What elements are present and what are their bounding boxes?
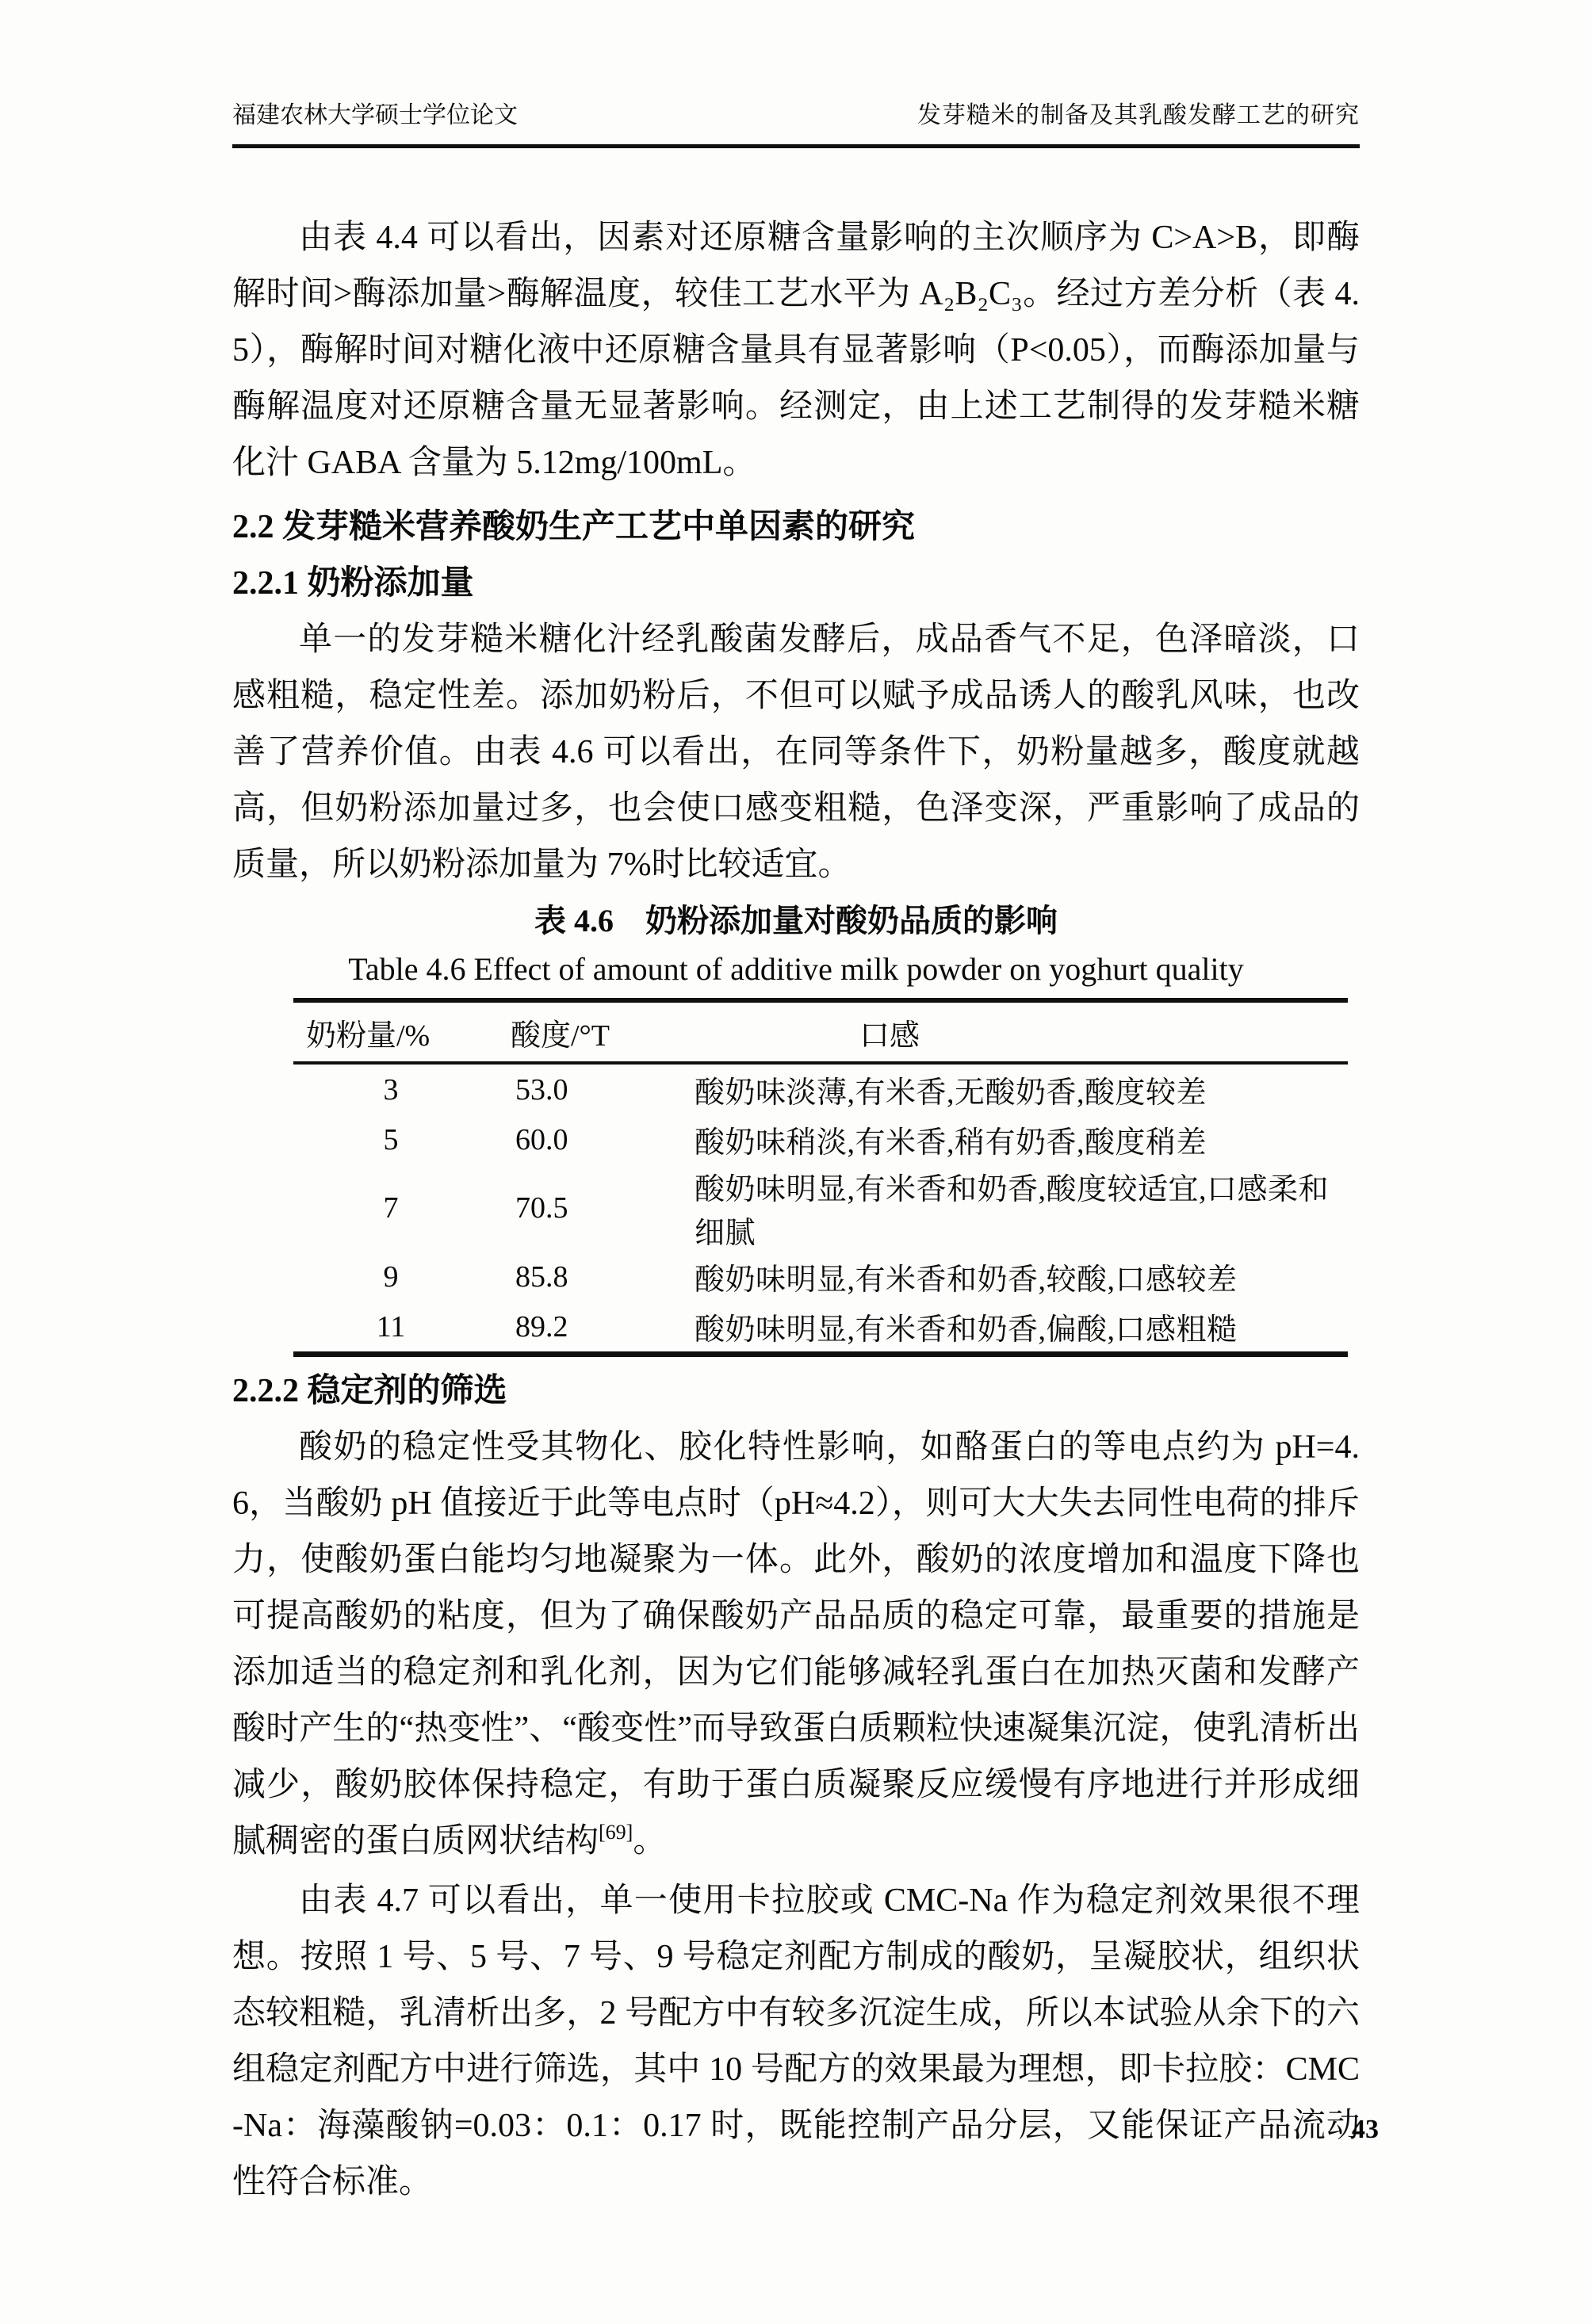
thesis-page: 福建农林大学硕士学位论文 发芽糙米的制备及其乳酸发酵工艺的研究 由表 4.4 可… [0,0,1592,2324]
section-heading-2-2-1: 2.2.1 奶粉添加量 [232,556,1360,612]
citation-ref-69: [69] [599,1821,633,1844]
section-heading-2-2-2: 2.2.2 稳定剂的筛选 [232,1363,1360,1420]
table-header: 奶粉量/% 酸度/°T 口感 [293,1000,1348,1063]
table-caption-en: Table 4.6 Effect of amount of additive m… [232,946,1360,993]
cell-acidity: 70.5 [488,1164,685,1252]
table-row: 5 60.0 酸奶味稍淡,有米香,稍有奶香,酸度稍差 [293,1114,1348,1164]
cell-acidity: 60.0 [488,1114,685,1164]
section-heading-2-2: 2.2 发芽糙米营养酸奶生产工艺中单因素的研究 [232,499,1360,556]
cell-taste: 酸奶味明显,有米香和奶香,偏酸,口感粗糙 [685,1302,1348,1355]
table-col-header-milk-powder: 奶粉量/% [293,1000,488,1063]
paragraph-stabilizer-screening: 由表 4.7 可以看出，单一使用卡拉胶或 CMC-Na 作为稳定剂效果很不理想。… [232,1873,1360,2211]
cell-taste: 酸奶味明显,有米香和奶香,较酸,口感较差 [685,1252,1348,1302]
paragraph-anova-results: 由表 4.4 可以看出，因素对还原糖含量影响的主次顺序为 C>A>B，即酶解时间… [232,210,1360,491]
table-col-header-acidity: 酸度/°T [488,1000,685,1063]
cell-taste: 酸奶味稍淡,有米香,稍有奶香,酸度稍差 [685,1114,1348,1164]
table-body: 3 53.0 酸奶味淡薄,有米香,无酸奶香,酸度较差 5 60.0 酸奶味稍淡,… [293,1063,1348,1355]
page-number: 43 [1352,2115,1379,2145]
table-header-row: 奶粉量/% 酸度/°T 口感 [293,1000,1348,1063]
paragraph-stabilizer-tail: 。 [633,1823,666,1860]
cell-taste: 酸奶味淡薄,有米香,无酸奶香,酸度较差 [685,1063,1348,1114]
table-col-header-taste: 口感 [685,1000,1348,1063]
paragraph-stabilizer-body: 酸奶的稳定性受其物化、胶化特性影响，如酪蛋白的等电点约为 pH=4.6，当酸奶 … [232,1429,1360,1860]
table-row: 3 53.0 酸奶味淡薄,有米香,无酸奶香,酸度较差 [293,1063,1348,1114]
running-header-left: 福建农林大学硕士学位论文 [232,100,518,132]
running-header: 福建农林大学硕士学位论文 发芽糙米的制备及其乳酸发酵工艺的研究 [232,100,1360,148]
cell-milk-powder: 11 [293,1302,488,1355]
cell-acidity: 53.0 [488,1063,685,1114]
cell-milk-powder: 3 [293,1063,488,1114]
table-4-6: 奶粉量/% 酸度/°T 口感 3 53.0 酸奶味淡薄,有米香,无酸奶香,酸度较… [293,998,1348,1357]
paragraph-stabilizer-theory: 酸奶的稳定性受其物化、胶化特性影响，如酪蛋白的等电点约为 pH=4.6，当酸奶 … [232,1420,1360,1873]
cell-acidity: 85.8 [488,1252,685,1302]
running-header-right: 发芽糙米的制备及其乳酸发酵工艺的研究 [917,100,1360,132]
table-row: 11 89.2 酸奶味明显,有米香和奶香,偏酸,口感粗糙 [293,1302,1348,1355]
table-row: 9 85.8 酸奶味明显,有米香和奶香,较酸,口感较差 [293,1252,1348,1302]
table-row: 7 70.5 酸奶味明显,有米香和奶香,酸度较适宜,口感柔和细腻 [293,1164,1348,1252]
cell-milk-powder: 9 [293,1252,488,1302]
cell-milk-powder: 7 [293,1164,488,1252]
table-caption-cn: 表 4.6 奶粉添加量对酸奶品质的影响 [232,896,1360,946]
cell-milk-powder: 5 [293,1114,488,1164]
cell-acidity: 89.2 [488,1302,685,1355]
paragraph-milk-powder: 单一的发芽糙米糖化汁经乳酸菌发酵后，成品香气不足，色泽暗淡，口感粗糙，稳定性差。… [232,612,1360,893]
page-content: 福建农林大学硕士学位论文 发芽糙米的制备及其乳酸发酵工艺的研究 由表 4.4 可… [232,0,1360,2211]
cell-taste: 酸奶味明显,有米香和奶香,酸度较适宜,口感柔和细腻 [685,1164,1348,1252]
